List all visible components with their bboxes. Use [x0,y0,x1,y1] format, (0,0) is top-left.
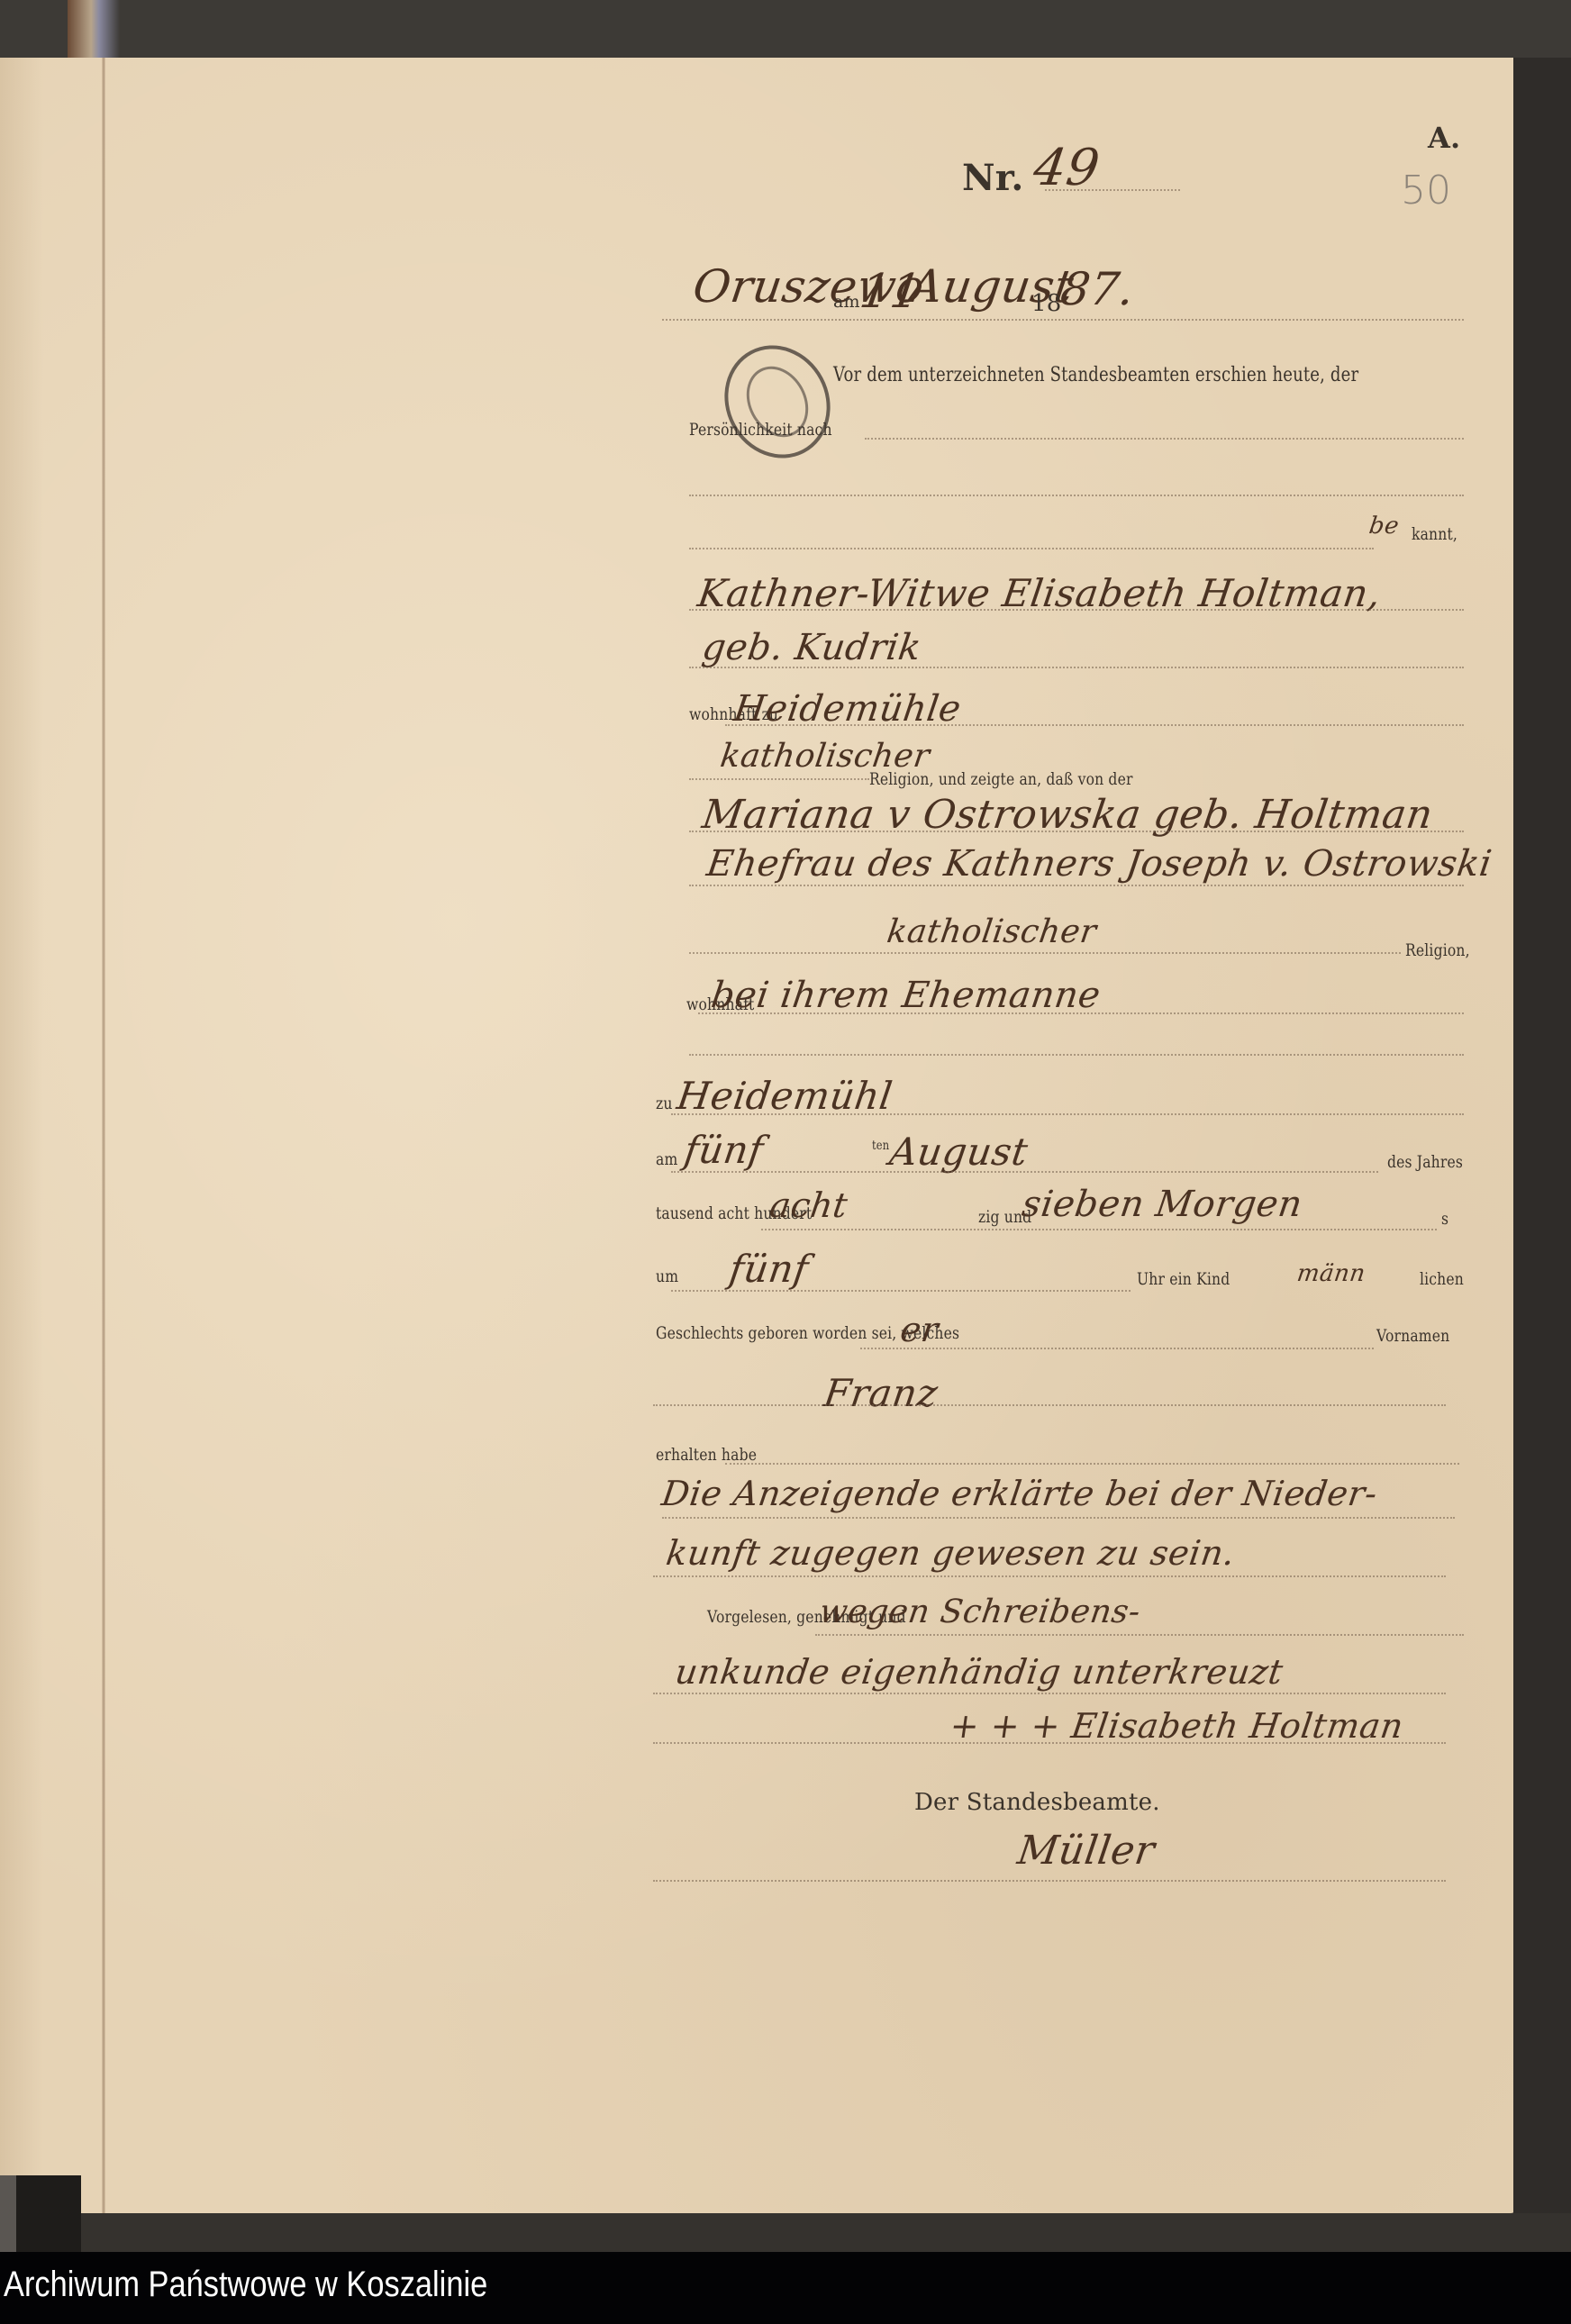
birth-year-and-time: sieben Morgen [1020,1184,1305,1225]
informant-religion-line [689,778,869,780]
des-jahres-label: des Jahres [1387,1152,1463,1172]
form-letter: A. [1428,121,1460,155]
birth-decade: acht [767,1185,850,1225]
remark-line-1: Die Anzeigende erklärte bei der Nieder- [659,1474,1380,1513]
erhalten-habe-label: erhalten habe [656,1445,757,1465]
mother-spouse-line [689,885,1464,886]
closing-line-1-rule [815,1634,1464,1636]
pronoun-line [860,1348,1374,1349]
date-year-handwritten: 87. [1058,263,1138,315]
maiden-name-line [689,667,1464,668]
mother-religion: katholischer [885,913,1099,950]
book-spine-edge-bottom [0,2175,81,2252]
closing-line-2: unkunde eigenhändig unterkreuzt [673,1652,1285,1692]
informant-signature-mark: + + + Elisabeth Holtman [948,1706,1406,1746]
archive-page-number: 50 [1401,168,1451,213]
board-right-edge [1513,58,1571,2213]
am-label: am [656,1149,677,1169]
archive-footer-band: Archiwum Państwowe w Koszalinie [0,2252,1571,2324]
bekannt-line [689,548,1374,549]
mother-name-line [689,831,1464,832]
erhalten-line [725,1463,1459,1465]
identity-line [865,438,1464,440]
religion-anzeige-label: Religion, und zeigte an, daß von der [869,769,1133,789]
official-signature: Müller [1014,1828,1158,1874]
child-pronoun: er [898,1310,941,1349]
bekannt-prefix: be [1367,513,1401,540]
remark-line-2-rule [653,1575,1446,1577]
birth-record-form: A. 50 Nr. 49 Oruszewo am 11 August 18 87… [0,58,1516,2213]
closing-line-2-rule [653,1693,1446,1694]
child-first-name: Franz [822,1371,941,1415]
religion-label: Religion, [1405,940,1470,960]
archive-stamp [705,327,850,477]
standesbeamte-label: Der Standesbeamte. [914,1789,1160,1816]
birth-place-line [671,1113,1464,1115]
closing-line-1: wegen Schreibens- [817,1593,1143,1630]
informant-maiden-name: geb. Kudrik [700,627,924,668]
birth-month: August [887,1130,1031,1174]
informant-line [689,609,1464,611]
child-sex: männ [1295,1260,1367,1287]
signature-line [653,1742,1446,1744]
birth-date-line [671,1171,1378,1173]
official-signature-line [653,1880,1446,1882]
birth-hour-line [671,1290,1131,1292]
s-suffix: s [1441,1209,1448,1229]
blank-line-2 [689,1054,1464,1056]
register-page: A. 50 Nr. 49 Oruszewo am 11 August 18 87… [0,58,1516,2213]
um-label: um [656,1266,678,1286]
ten-suffix: ten [872,1139,889,1153]
book-spine-edge-top [68,0,120,58]
bekannt-label: kannt, [1412,524,1457,544]
birth-year-line [761,1229,1437,1230]
persoenlichkeit-label: Persönlichkeit nach [689,420,832,440]
lichen-label: lichen [1420,1269,1464,1289]
zu-label: zu [656,1094,673,1113]
blank-line-1 [689,495,1464,496]
mother-spouse: Ehefrau des Kathners Joseph v. Ostrowski [704,843,1494,885]
child-name-line [653,1404,1446,1406]
archive-caption: Archiwum Państwowe w Koszalinie [4,2265,487,2305]
residence-line [725,724,1464,726]
mother-religion-line [689,952,1401,954]
remark-line-2: kunft zugegen gewesen zu sein. [664,1533,1238,1573]
mother-residence: bei ihrem Ehemanne [709,975,1103,1016]
entry-number-label: Nr. [962,157,1024,199]
uhr-kind-label: Uhr ein Kind [1137,1269,1230,1289]
birth-place: Heidemühl [675,1074,895,1118]
birth-day: fünf [682,1128,767,1172]
intro-line: Vor dem unterzeichneten Standesbeamten e… [833,364,1358,386]
remark-line-1-rule [662,1517,1455,1519]
date-line [662,319,1464,321]
vornamen-label: Vornamen [1376,1326,1449,1346]
date-am-label: am [833,292,860,312]
mother-residence-line [698,1012,1464,1014]
birth-hour: fünf [727,1247,812,1291]
entry-number-line [1045,189,1180,191]
